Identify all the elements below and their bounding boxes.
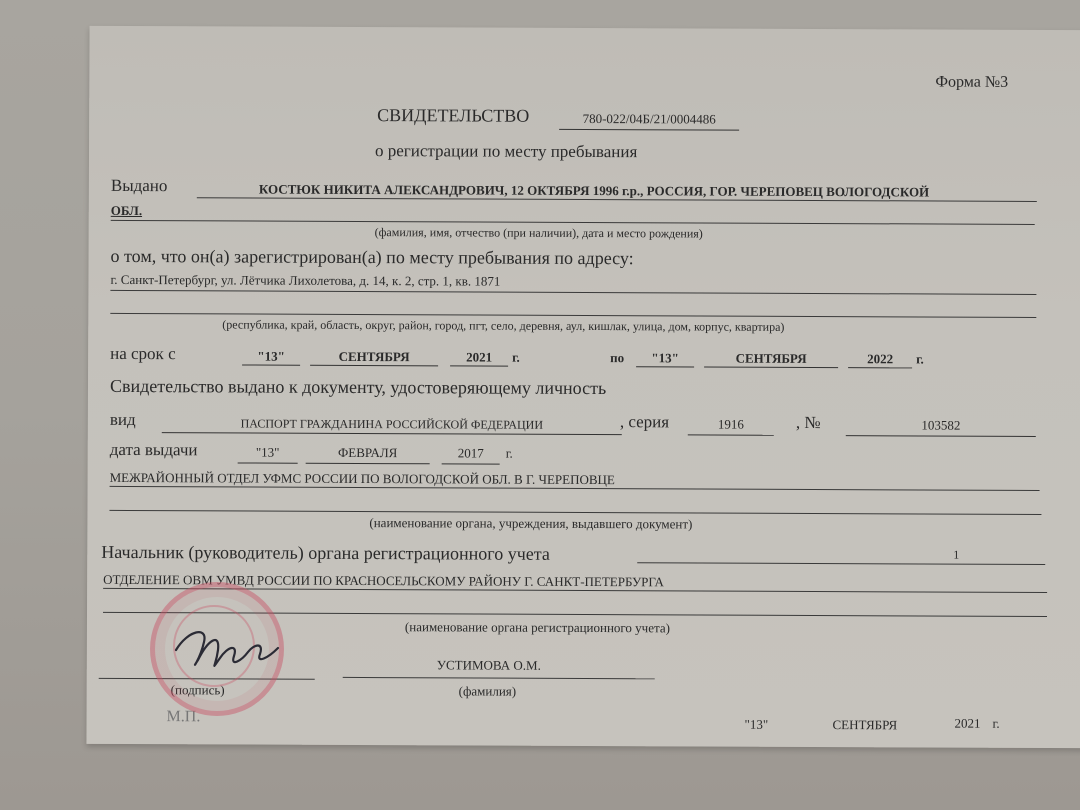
address-value: г. Санкт-Петербург, ул. Лётчика Лихолето…	[110, 272, 500, 290]
doc-number-value: 103582	[846, 417, 1036, 437]
authority-head-value: 1	[953, 548, 959, 563]
sign-date-suffix: г.	[992, 716, 999, 732]
doc-number-label: , №	[796, 413, 821, 433]
term-to-year: 2022	[848, 351, 912, 368]
term-to-month: СЕНТЯБРЯ	[704, 351, 838, 369]
doc-type-value: ПАСПОРТ ГРАЖДАНИНА РОССИЙСКОЙ ФЕДЕРАЦИИ	[162, 416, 622, 435]
issued-to-label: Выдано	[111, 176, 168, 196]
authority-head-label: Начальник (руководитель) органа регистра…	[101, 542, 550, 565]
term-to-year-suffix: г.	[916, 351, 924, 367]
issue-year: 2017	[442, 445, 500, 464]
doc-series-label: , серия	[620, 412, 669, 432]
form-number: Форма №3	[935, 74, 1008, 92]
term-from-year: 2021	[450, 349, 508, 366]
issued-to-name-line2: ОБЛ.	[111, 203, 142, 219]
handwritten-signature-icon	[168, 620, 288, 680]
issue-month: ФЕВРАЛЯ	[306, 445, 430, 465]
official-surname: УСТИМОВА О.М.	[437, 657, 541, 673]
certificate-number: 780-022/04Б/21/0004486	[559, 111, 739, 131]
term-from-year-suffix: г.	[512, 350, 520, 366]
surname-caption: (фамилия)	[459, 683, 517, 699]
issue-date-label: дата выдачи	[110, 440, 198, 460]
document-title: СВИДЕТЕЛЬСТВО	[377, 105, 529, 127]
term-from-day: "13"	[242, 348, 300, 365]
issued-to-caption: (фамилия, имя, отчество (при наличии), д…	[375, 225, 703, 241]
address-label: о том, что он(а) зарегистрирован(а) по м…	[111, 246, 634, 269]
document-subtitle: о регистрации по месту пребывания	[375, 141, 637, 162]
issue-year-suffix: г.	[506, 446, 513, 462]
doc-type-label: вид	[110, 410, 136, 430]
sign-date-month: СЕНТЯБРЯ	[832, 717, 897, 733]
term-from-month: СЕНТЯБРЯ	[310, 349, 438, 367]
term-from-label: на срок с	[110, 344, 176, 364]
term-to-label: по	[610, 350, 624, 366]
issued-to-name-line1: КОСТЮК НИКИТА АЛЕКСАНДРОВИЧ, 12 ОКТЯБРЯ …	[259, 182, 929, 201]
authority-caption: (наименование органа регистрационного уч…	[405, 619, 670, 636]
address-caption: (республика, край, область, округ, район…	[222, 317, 784, 334]
identity-doc-heading: Свидетельство выдано к документу, удосто…	[110, 376, 606, 399]
term-to-day: "13"	[636, 350, 694, 367]
sign-date-day: "13"	[744, 717, 768, 733]
doc-issuer-caption: (наименование органа, учреждения, выдавш…	[369, 515, 692, 532]
sign-date-year: 2021	[954, 716, 980, 732]
issue-day: "13"	[238, 444, 298, 463]
doc-series-value: 1916	[688, 416, 774, 435]
